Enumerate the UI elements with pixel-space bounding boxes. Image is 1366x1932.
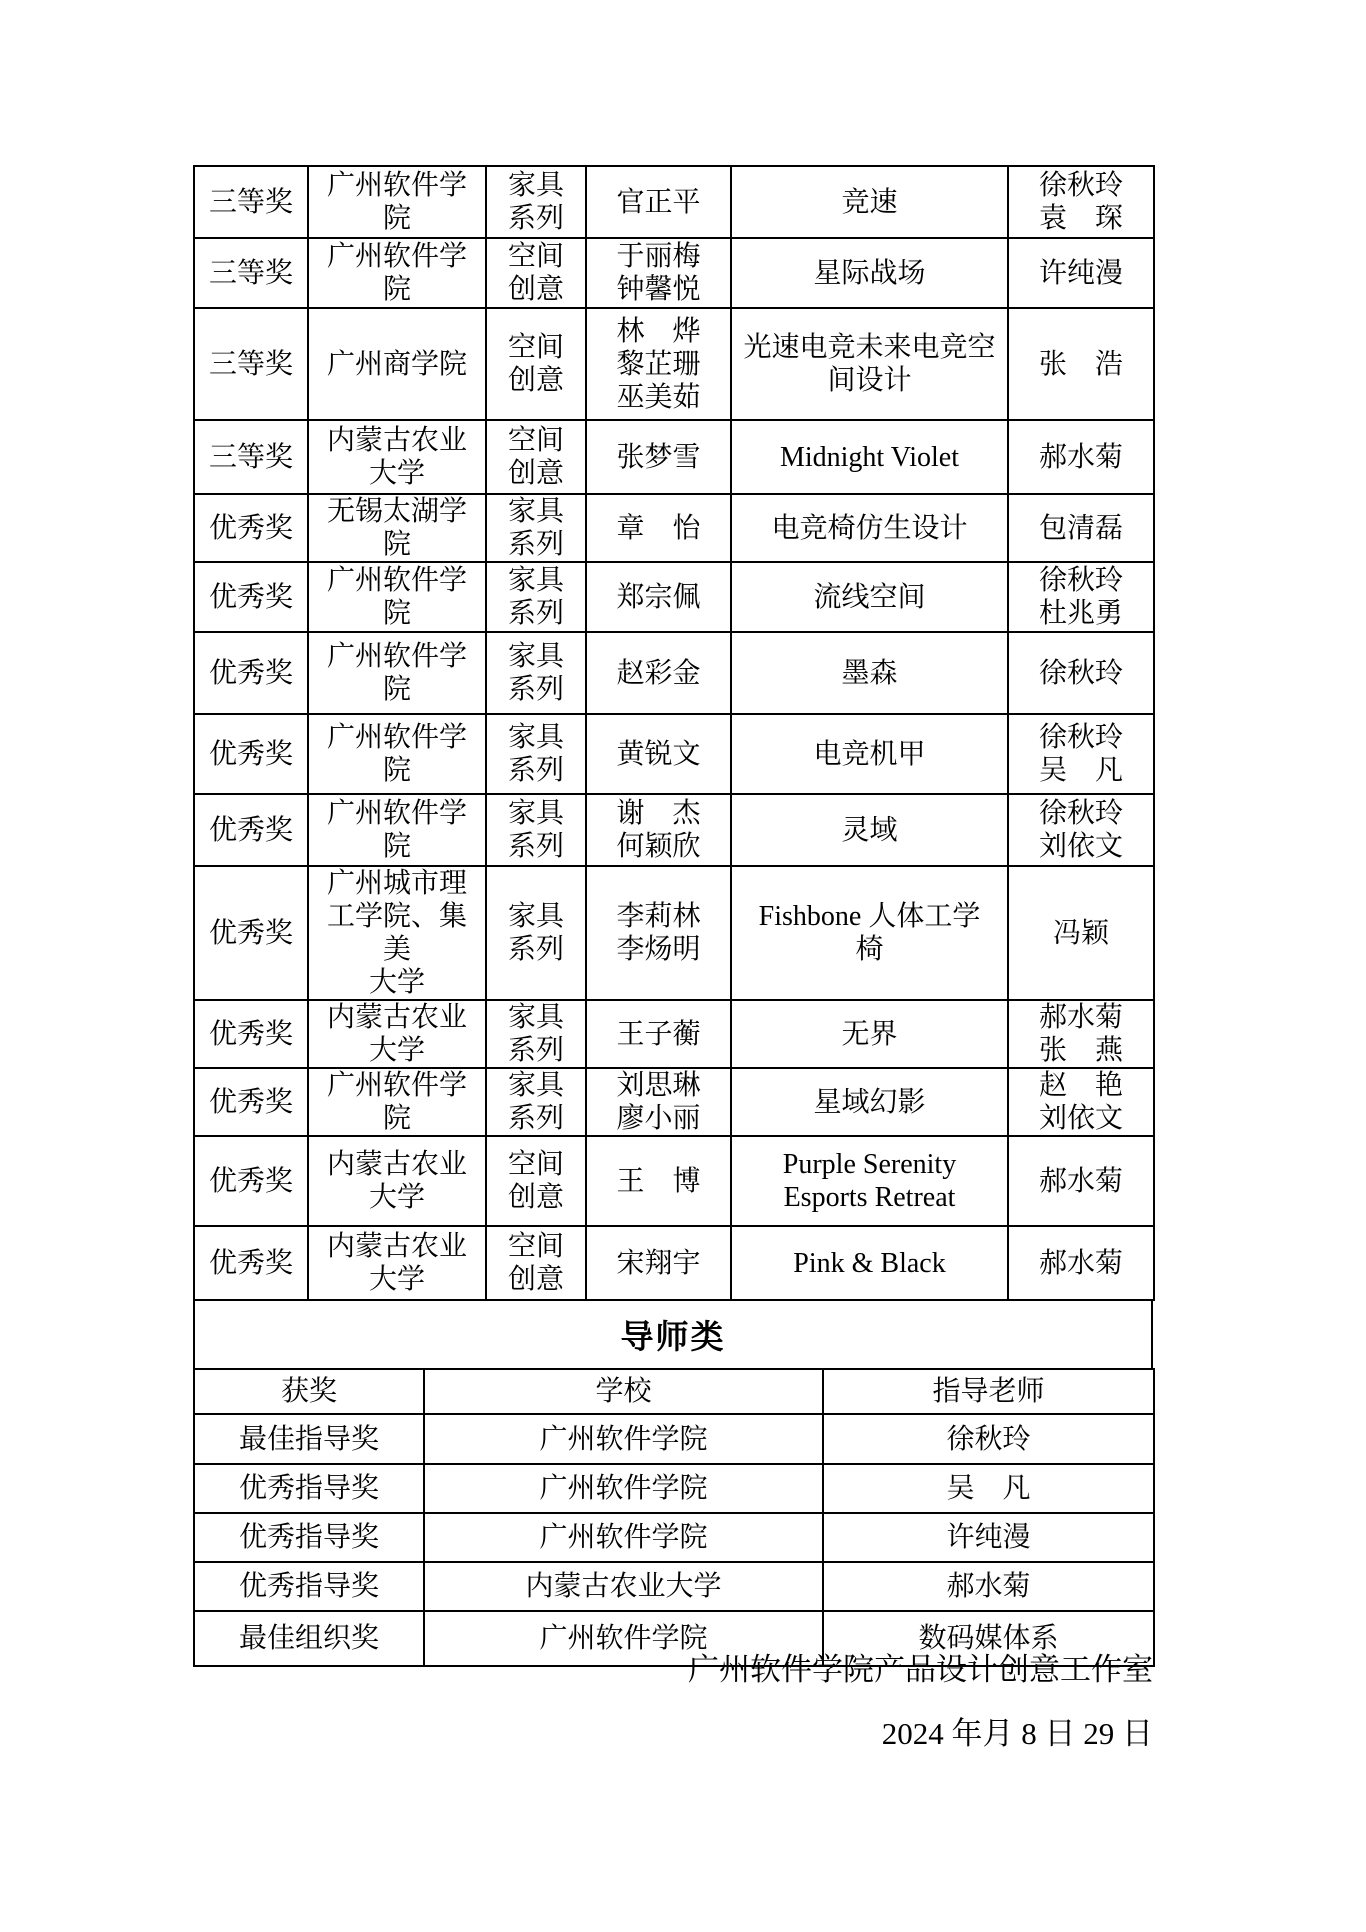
category-cell: 空间 创意	[486, 238, 586, 308]
work-cell: 竞速	[731, 166, 1008, 238]
advisors-cell: 包清磊	[1008, 494, 1154, 562]
students-cell: 章 怡	[586, 494, 731, 562]
mentor-header-row: 获奖 学校 指导老师	[194, 1369, 1154, 1414]
mentor-row: 优秀指导奖 广州软件学院 吴 凡	[194, 1464, 1154, 1513]
award-cell: 三等奖	[194, 420, 308, 494]
table-row: 优秀奖 内蒙古农业 大学 空间 创意 王 博 Purple Serenity E…	[194, 1136, 1154, 1226]
award-cell: 优秀奖	[194, 1136, 308, 1226]
table-row: 三等奖 内蒙古农业 大学 空间 创意 张梦雪 Midnight Violet 郝…	[194, 420, 1154, 494]
mentor-school-cell: 广州软件学院	[424, 1513, 823, 1562]
footer-organization: 广州软件学院产品设计创意工作室	[688, 1650, 1153, 1690]
award-cell: 优秀奖	[194, 714, 308, 794]
mentor-teacher-cell: 徐秋玲	[823, 1414, 1154, 1464]
award-cell: 三等奖	[194, 308, 308, 420]
table-row: 三等奖 广州软件学 院 家具 系列 官正平 竞速 徐秋玲 袁 琛	[194, 166, 1154, 238]
work-cell: 流线空间	[731, 562, 1008, 632]
category-cell: 家具 系列	[486, 1000, 586, 1068]
school-cell: 广州软件学 院	[308, 238, 486, 308]
category-cell: 家具 系列	[486, 494, 586, 562]
work-cell: 电竞机甲	[731, 714, 1008, 794]
mentor-award-cell: 最佳指导奖	[194, 1414, 424, 1464]
award-cell: 优秀奖	[194, 494, 308, 562]
mentor-award-cell: 优秀指导奖	[194, 1513, 424, 1562]
students-cell: 于丽梅 钟馨悦	[586, 238, 731, 308]
work-cell: Fishbone 人体工学 椅	[731, 866, 1008, 1000]
advisors-cell: 徐秋玲 杜兆勇	[1008, 562, 1154, 632]
students-cell: 官正平	[586, 166, 731, 238]
category-cell: 家具 系列	[486, 714, 586, 794]
students-cell: 张梦雪	[586, 420, 731, 494]
school-cell: 内蒙古农业 大学	[308, 1000, 486, 1068]
advisors-cell: 徐秋玲	[1008, 632, 1154, 714]
category-cell: 空间 创意	[486, 1226, 586, 1300]
work-cell: 光速电竞未来电竞空 间设计	[731, 308, 1008, 420]
students-cell: 黄锐文	[586, 714, 731, 794]
award-cell: 优秀奖	[194, 794, 308, 866]
students-cell: 郑宗佩	[586, 562, 731, 632]
students-cell: 谢 杰 何颖欣	[586, 794, 731, 866]
category-cell: 家具 系列	[486, 866, 586, 1000]
mentor-award-cell: 最佳组织奖	[194, 1611, 424, 1666]
category-cell: 家具 系列	[486, 632, 586, 714]
mentor-row: 优秀指导奖 内蒙古农业大学 郝水菊	[194, 1562, 1154, 1611]
school-cell: 内蒙古农业 大学	[308, 1136, 486, 1226]
award-cell: 优秀奖	[194, 1000, 308, 1068]
school-cell: 广州软件学 院	[308, 166, 486, 238]
category-cell: 家具 系列	[486, 166, 586, 238]
school-cell: 广州城市理 工学院、集美 大学	[308, 866, 486, 1000]
work-cell: 星际战场	[731, 238, 1008, 308]
students-cell: 宋翔宇	[586, 1226, 731, 1300]
students-cell: 刘思琳 廖小丽	[586, 1068, 731, 1136]
category-cell: 空间 创意	[486, 420, 586, 494]
work-cell: Midnight Violet	[731, 420, 1008, 494]
footer-date: 2024 年月 8 日 29 日	[882, 1714, 1153, 1754]
advisors-cell: 赵 艳 刘依文	[1008, 1068, 1154, 1136]
work-cell: 墨森	[731, 632, 1008, 714]
category-cell: 家具 系列	[486, 1068, 586, 1136]
awards-table: 三等奖 广州软件学 院 家具 系列 官正平 竞速 徐秋玲 袁 琛 三等奖 广州软…	[193, 165, 1155, 1301]
work-cell: 无界	[731, 1000, 1008, 1068]
advisors-cell: 徐秋玲 吴 凡	[1008, 714, 1154, 794]
school-cell: 内蒙古农业 大学	[308, 420, 486, 494]
mentor-section-title: 导师类	[193, 1299, 1153, 1370]
header-award: 获奖	[194, 1369, 424, 1414]
table-row: 三等奖 广州商学院 空间 创意 林 烨 黎芷珊 巫美茹 光速电竞未来电竞空 间设…	[194, 308, 1154, 420]
school-cell: 广州软件学 院	[308, 794, 486, 866]
mentor-award-cell: 优秀指导奖	[194, 1464, 424, 1513]
mentor-school-cell: 内蒙古农业大学	[424, 1562, 823, 1611]
work-cell: 灵域	[731, 794, 1008, 866]
advisors-cell: 徐秋玲 刘依文	[1008, 794, 1154, 866]
work-cell: 星域幻影	[731, 1068, 1008, 1136]
advisors-cell: 郝水菊	[1008, 1226, 1154, 1300]
award-cell: 优秀奖	[194, 632, 308, 714]
school-cell: 广州软件学 院	[308, 562, 486, 632]
advisors-cell: 郝水菊	[1008, 1136, 1154, 1226]
table-row: 优秀奖 广州软件学 院 家具 系列 谢 杰 何颖欣 灵域 徐秋玲 刘依文	[194, 794, 1154, 866]
mentor-table: 获奖 学校 指导老师 最佳指导奖 广州软件学院 徐秋玲 优秀指导奖 广州软件学院…	[193, 1368, 1155, 1667]
category-cell: 空间 创意	[486, 308, 586, 420]
table-row: 优秀奖 广州软件学 院 家具 系列 黄锐文 电竞机甲 徐秋玲 吴 凡	[194, 714, 1154, 794]
school-cell: 广州软件学 院	[308, 632, 486, 714]
advisors-cell: 郝水菊 张 燕	[1008, 1000, 1154, 1068]
work-cell: 电竞椅仿生设计	[731, 494, 1008, 562]
students-cell: 王子蘅	[586, 1000, 731, 1068]
mentor-teacher-cell: 郝水菊	[823, 1562, 1154, 1611]
tables-wrap: 三等奖 广州软件学 院 家具 系列 官正平 竞速 徐秋玲 袁 琛 三等奖 广州软…	[193, 165, 1153, 1667]
mentor-row: 优秀指导奖 广州软件学院 许纯漫	[194, 1513, 1154, 1562]
mentor-school-cell: 广州软件学院	[424, 1414, 823, 1464]
category-cell: 家具 系列	[486, 794, 586, 866]
award-cell: 优秀奖	[194, 1226, 308, 1300]
mentor-teacher-cell: 许纯漫	[823, 1513, 1154, 1562]
advisors-cell: 张 浩	[1008, 308, 1154, 420]
table-row: 优秀奖 广州城市理 工学院、集美 大学 家具 系列 李莉林 李炀明 Fishbo…	[194, 866, 1154, 1000]
advisors-cell: 冯颖	[1008, 866, 1154, 1000]
work-cell: Purple Serenity Esports Retreat	[731, 1136, 1008, 1226]
students-cell: 赵彩金	[586, 632, 731, 714]
mentor-teacher-cell: 吴 凡	[823, 1464, 1154, 1513]
table-row: 优秀奖 内蒙古农业 大学 家具 系列 王子蘅 无界 郝水菊 张 燕	[194, 1000, 1154, 1068]
advisors-cell: 郝水菊	[1008, 420, 1154, 494]
award-cell: 优秀奖	[194, 866, 308, 1000]
work-cell: Pink & Black	[731, 1226, 1008, 1300]
school-cell: 广州软件学 院	[308, 1068, 486, 1136]
header-teacher: 指导老师	[823, 1369, 1154, 1414]
table-row: 优秀奖 广州软件学 院 家具 系列 刘思琳 廖小丽 星域幻影 赵 艳 刘依文	[194, 1068, 1154, 1136]
category-cell: 家具 系列	[486, 562, 586, 632]
document-page: 三等奖 广州软件学 院 家具 系列 官正平 竞速 徐秋玲 袁 琛 三等奖 广州软…	[0, 0, 1366, 1932]
table-row: 优秀奖 无锡太湖学 院 家具 系列 章 怡 电竞椅仿生设计 包清磊	[194, 494, 1154, 562]
school-cell: 无锡太湖学 院	[308, 494, 486, 562]
award-cell: 三等奖	[194, 166, 308, 238]
mentor-award-cell: 优秀指导奖	[194, 1562, 424, 1611]
award-cell: 三等奖	[194, 238, 308, 308]
category-cell: 空间 创意	[486, 1136, 586, 1226]
advisors-cell: 许纯漫	[1008, 238, 1154, 308]
table-row: 优秀奖 内蒙古农业 大学 空间 创意 宋翔宇 Pink & Black 郝水菊	[194, 1226, 1154, 1300]
mentor-school-cell: 广州软件学院	[424, 1464, 823, 1513]
school-cell: 广州软件学 院	[308, 714, 486, 794]
table-row: 优秀奖 广州软件学 院 家具 系列 赵彩金 墨森 徐秋玲	[194, 632, 1154, 714]
table-row: 优秀奖 广州软件学 院 家具 系列 郑宗佩 流线空间 徐秋玲 杜兆勇	[194, 562, 1154, 632]
advisors-cell: 徐秋玲 袁 琛	[1008, 166, 1154, 238]
award-cell: 优秀奖	[194, 1068, 308, 1136]
students-cell: 林 烨 黎芷珊 巫美茹	[586, 308, 731, 420]
school-cell: 广州商学院	[308, 308, 486, 420]
students-cell: 王 博	[586, 1136, 731, 1226]
mentor-row: 最佳指导奖 广州软件学院 徐秋玲	[194, 1414, 1154, 1464]
students-cell: 李莉林 李炀明	[586, 866, 731, 1000]
table-row: 三等奖 广州软件学 院 空间 创意 于丽梅 钟馨悦 星际战场 许纯漫	[194, 238, 1154, 308]
header-school: 学校	[424, 1369, 823, 1414]
school-cell: 内蒙古农业 大学	[308, 1226, 486, 1300]
award-cell: 优秀奖	[194, 562, 308, 632]
